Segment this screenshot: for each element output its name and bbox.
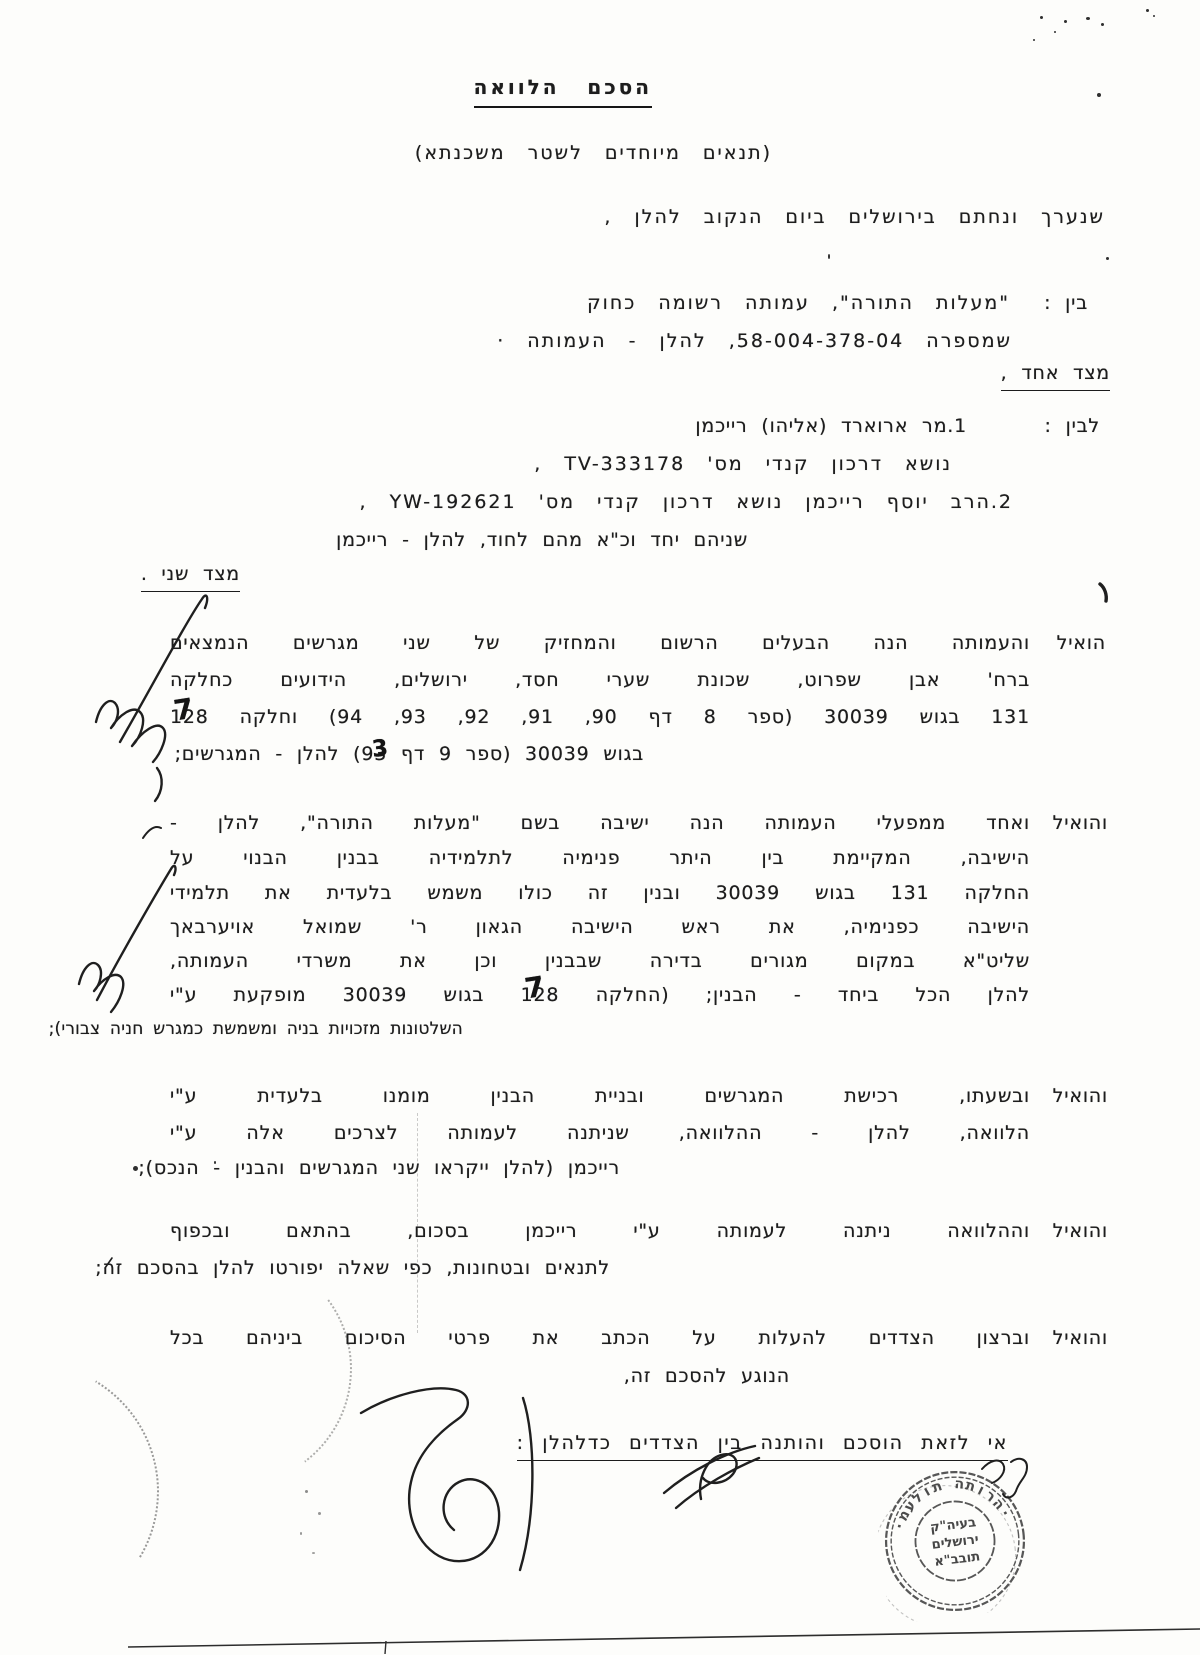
margin-slash-mark (105, 1258, 112, 1268)
margin-paraph-1 (96, 701, 165, 762)
handwriting-overlay (0, 0, 1200, 1655)
scan-edge-tick (385, 1641, 386, 1654)
margin-paraph-2 (97, 866, 175, 1000)
signature-2-loop (700, 1454, 736, 1499)
margin-paraph-1 (120, 596, 207, 742)
initials-mark (982, 1461, 1004, 1483)
handwritten-comma-mark (1100, 584, 1106, 601)
scan-edge-line (128, 1629, 1200, 1647)
margin-paraph-1-tail (155, 768, 162, 801)
signature-1-tail (520, 1398, 532, 1570)
initials-mark (1003, 1459, 1027, 1498)
margin-paraph-2 (79, 963, 123, 1012)
margin-tick (143, 827, 161, 838)
signature-2 (664, 1446, 755, 1493)
signature-1 (361, 1388, 499, 1561)
scanned-loan-agreement-page: הסכם הלוואה (תנאים מיוחדים לשטר משכנתא) … (0, 0, 1200, 1655)
